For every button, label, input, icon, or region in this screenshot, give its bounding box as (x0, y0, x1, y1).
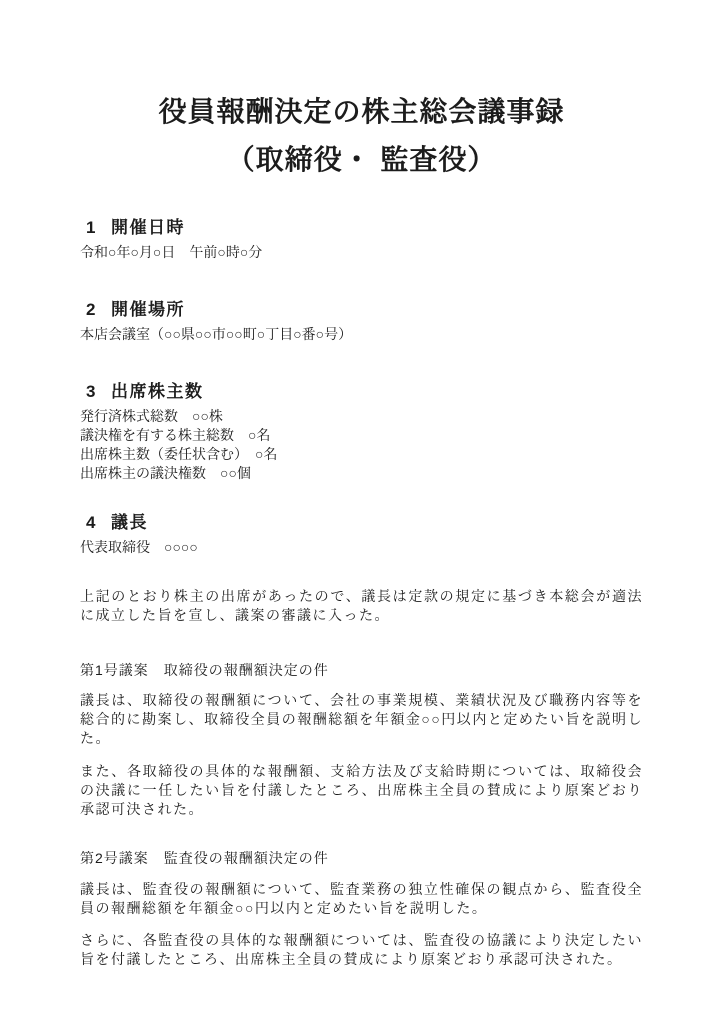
section-3-body: 発行済株式総数 ○○株 議決権を有する株主総数 ○名 出席株主数（委任状含む） … (80, 407, 643, 483)
section-4-heading: 4議長 (80, 513, 643, 533)
section-3-title: 出席株主数 (111, 382, 204, 401)
agenda-item-2-heading: 第2号議案 監査役の報酬額決定の件 (80, 849, 643, 868)
title-line-1: 役員報酬決定の株主総会議事録 (80, 88, 643, 136)
chairman-value: 代表取締役 ○○○○ (80, 538, 643, 557)
section-3-number: 3 (86, 382, 111, 402)
section-3-heading: 3出席株主数 (80, 382, 643, 402)
document-title: 役員報酬決定の株主総会議事録 （取締役・ 監査役） (80, 88, 643, 184)
section-meeting-place: 2開催場所 本店会議室（○○県○○市○○町○丁目○番○号） (80, 300, 643, 344)
issued-shares-line: 発行済株式総数 ○○株 (80, 407, 643, 426)
title-line-2: （取締役・ 監査役） (80, 136, 643, 184)
agenda-item-2-paragraph-2: さらに、各監査役の具体的な報酬額については、監査役の協議により決定したい旨を付議… (80, 931, 643, 969)
document-page: 役員報酬決定の株主総会議事録 （取締役・ 監査役） 1開催日時 令和○年○月○日… (0, 0, 724, 1024)
section-4-number: 4 (86, 513, 111, 533)
attending-voting-rights-line: 出席株主の議決権数 ○○個 (80, 464, 643, 483)
meeting-datetime-value: 令和○年○月○日 午前○時○分 (80, 243, 643, 262)
section-2-title: 開催場所 (111, 300, 185, 319)
section-1-heading: 1開催日時 (80, 218, 643, 238)
agenda-item-1: 第1号議案 取締役の報酬額決定の件 議長は、取締役の報酬額について、会社の事業規… (80, 661, 643, 819)
agenda-item-1-paragraph-2: また、各取締役の具体的な報酬額、支給方法及び支給時期については、取締役会の決議に… (80, 762, 643, 819)
voting-shareholders-line: 議決権を有する株主総数 ○名 (80, 426, 643, 445)
section-1-number: 1 (86, 218, 111, 238)
agenda-item-2-paragraph-1: 議長は、監査役の報酬額について、監査業務の独立性確保の観点から、監査役全員の報酬… (80, 880, 643, 918)
section-1-body: 令和○年○月○日 午前○時○分 (80, 243, 643, 262)
meeting-place-value: 本店会議室（○○県○○市○○町○丁目○番○号） (80, 325, 643, 344)
agenda-item-2: 第2号議案 監査役の報酬額決定の件 議長は、監査役の報酬額について、監査業務の独… (80, 849, 643, 969)
opening-paragraph: 上記のとおり株主の出席があったので、議長は定款の規定に基づき本総会が適法に成立し… (80, 587, 643, 625)
section-1-title: 開催日時 (111, 218, 185, 237)
section-2-heading: 2開催場所 (80, 300, 643, 320)
section-4-body: 代表取締役 ○○○○ (80, 538, 643, 557)
section-chairman: 4議長 代表取締役 ○○○○ (80, 513, 643, 557)
agenda-item-1-paragraph-1: 議長は、取締役の報酬額について、会社の事業規模、業績状況及び職務内容等を総合的に… (80, 691, 643, 748)
section-attending-shareholders: 3出席株主数 発行済株式総数 ○○株 議決権を有する株主総数 ○名 出席株主数（… (80, 382, 643, 483)
section-2-number: 2 (86, 300, 111, 320)
agenda-item-1-heading: 第1号議案 取締役の報酬額決定の件 (80, 661, 643, 680)
attending-shareholders-line: 出席株主数（委任状含む） ○名 (80, 445, 643, 464)
section-4-title: 議長 (111, 513, 148, 532)
section-2-body: 本店会議室（○○県○○市○○町○丁目○番○号） (80, 325, 643, 344)
section-meeting-datetime: 1開催日時 令和○年○月○日 午前○時○分 (80, 218, 643, 262)
